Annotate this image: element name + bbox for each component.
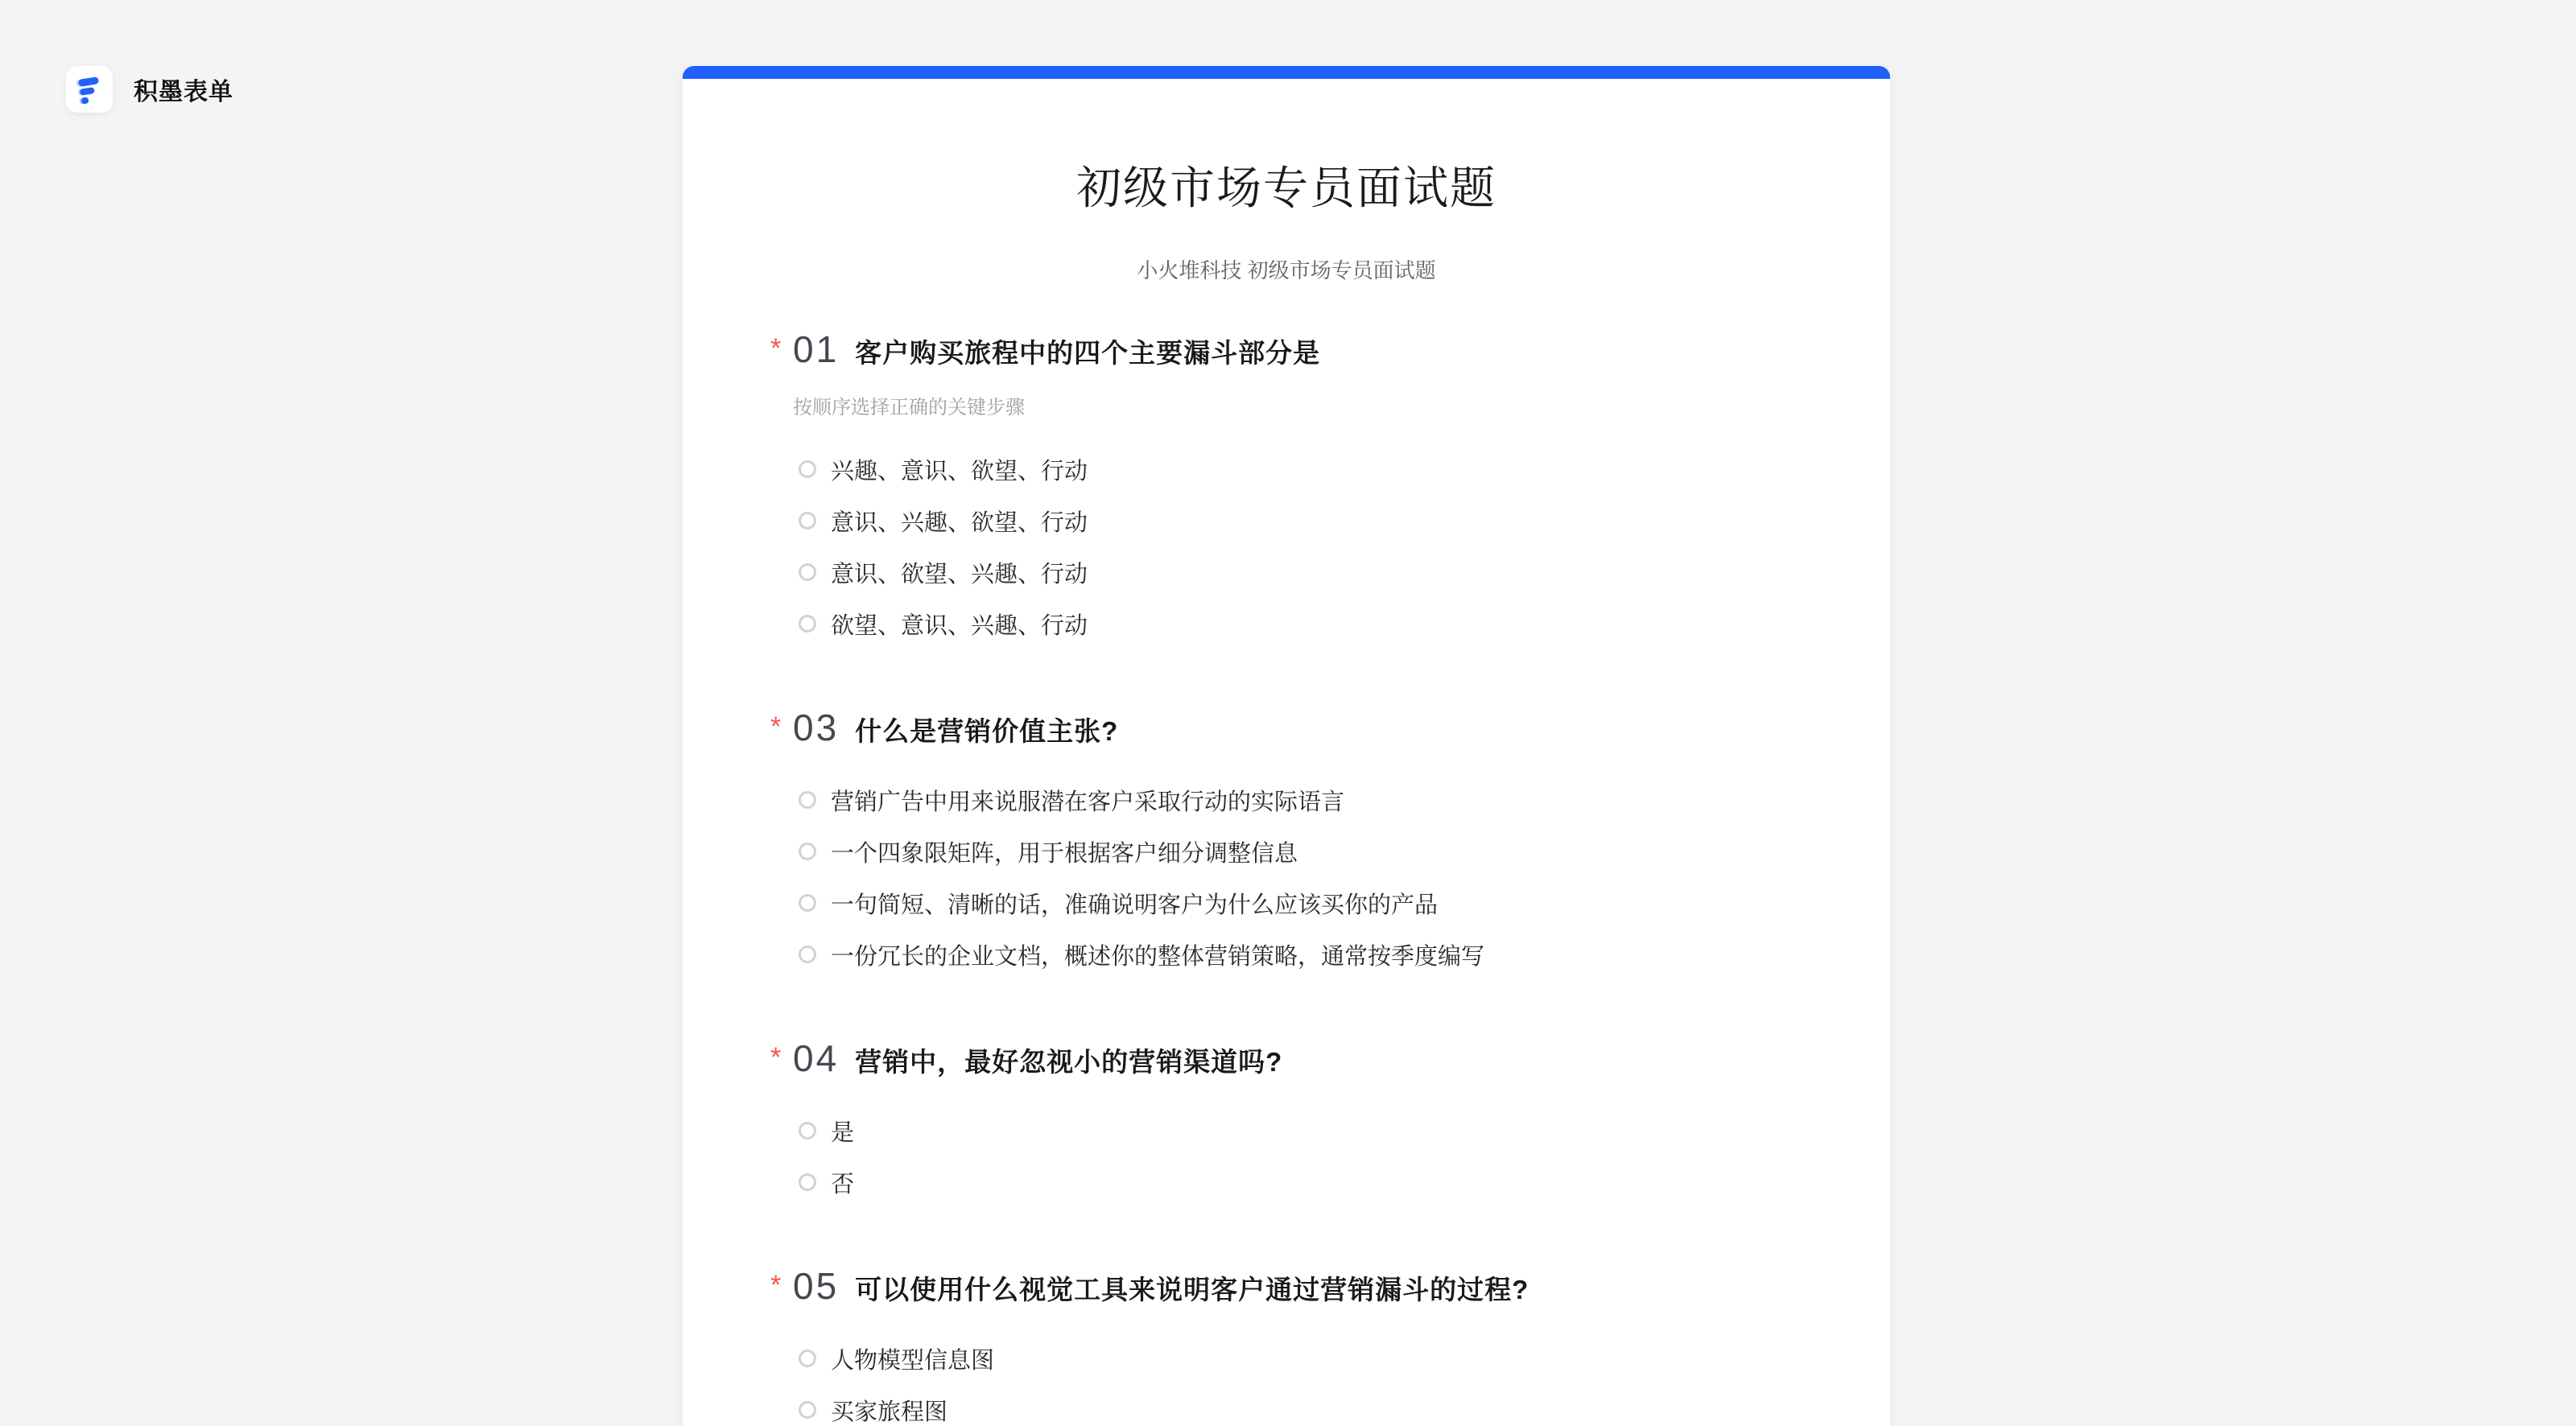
radio-option-label: 营销广告中用来说服潜在客户采取行动的实际语言 — [831, 784, 1344, 817]
brand-header: 积墨表单 — [66, 66, 233, 113]
radio-option-label: 是 — [831, 1115, 854, 1148]
radio-option[interactable]: 营销广告中用来说服潜在客户采取行动的实际语言 — [793, 784, 1802, 816]
question-number: 01 — [793, 331, 839, 368]
form-subtitle: 小火堆科技 初级市场专员面试题 — [683, 254, 1890, 284]
question-block: * 05 可以使用什么视觉工具来说明客户通过营销漏斗的过程? 人物模型信息图 买… — [793, 1267, 1802, 1421]
radio-option[interactable]: 意识、兴趣、欲望、行动 — [793, 505, 1802, 537]
radio-option-label: 兴趣、意识、欲望、行动 — [831, 453, 1088, 486]
question-block: * 01 客户购买旅程中的四个主要漏斗部分是 按顺序选择正确的关键步骤 兴趣、意… — [793, 331, 1802, 640]
question-text: 营销中，最好忽视小的营销渠道吗? — [855, 1044, 1282, 1081]
radio-option[interactable]: 否 — [793, 1166, 1802, 1198]
radio-icon[interactable] — [799, 1173, 816, 1191]
radio-option[interactable]: 一份冗长的企业文档，概述你的整体营销策略，通常按季度编写 — [793, 938, 1802, 971]
form-title: 初级市场专员面试题 — [683, 153, 1890, 217]
radio-option-label: 欲望、意识、兴趣、行动 — [831, 608, 1088, 641]
question-header: * 01 客户购买旅程中的四个主要漏斗部分是 — [793, 331, 1802, 372]
form-card: 初级市场专员面试题 小火堆科技 初级市场专员面试题 * 01 客户购买旅程中的四… — [683, 66, 1890, 1421]
question-text: 什么是营销价值主张? — [855, 713, 1118, 750]
form-accent-bar — [683, 66, 1890, 79]
question-number: 04 — [793, 1040, 839, 1077]
radio-icon[interactable] — [799, 1401, 816, 1419]
brand-name: 积墨表单 — [134, 72, 233, 107]
required-asterisk: * — [770, 1044, 781, 1071]
radio-option-label: 一个四象限矩阵，用于根据客户细分调整信息 — [831, 835, 1298, 868]
question-header: * 04 营销中，最好忽视小的营销渠道吗? — [793, 1040, 1802, 1081]
radio-option-label: 一句简短、清晰的话，准确说明客户为什么应该买你的产品 — [831, 887, 1438, 920]
radio-icon[interactable] — [799, 563, 816, 581]
radio-option-label: 人物模型信息图 — [831, 1342, 994, 1375]
radio-option-label: 否 — [831, 1166, 854, 1199]
radio-icon[interactable] — [799, 1122, 816, 1140]
radio-icon[interactable] — [799, 615, 816, 633]
radio-option[interactable]: 一个四象限矩阵，用于根据客户细分调整信息 — [793, 835, 1802, 868]
radio-icon[interactable] — [799, 894, 816, 912]
required-asterisk: * — [770, 1271, 781, 1299]
radio-option[interactable]: 是 — [793, 1115, 1802, 1147]
radio-option-label: 一份冗长的企业文档，概述你的整体营销策略，通常按季度编写 — [831, 938, 1484, 971]
radio-option[interactable]: 买家旅程图 — [793, 1394, 1802, 1421]
radio-option-label: 买家旅程图 — [831, 1394, 947, 1422]
question-block: * 03 什么是营销价值主张? 营销广告中用来说服潜在客户采取行动的实际语言 一… — [793, 709, 1802, 971]
radio-option[interactable]: 一句简短、清晰的话，准确说明客户为什么应该买你的产品 — [793, 887, 1802, 919]
radio-icon[interactable] — [799, 1350, 816, 1367]
radio-option[interactable]: 意识、欲望、兴趣、行动 — [793, 556, 1802, 588]
required-asterisk: * — [770, 713, 781, 740]
option-list: 兴趣、意识、欲望、行动 意识、兴趣、欲望、行动 意识、欲望、兴趣、行动 欲望、意… — [793, 453, 1802, 640]
radio-option[interactable]: 欲望、意识、兴趣、行动 — [793, 608, 1802, 640]
radio-option-label: 意识、兴趣、欲望、行动 — [831, 505, 1088, 538]
radio-option[interactable]: 兴趣、意识、欲望、行动 — [793, 453, 1802, 485]
brand-logo — [66, 66, 113, 113]
question-number: 05 — [793, 1267, 839, 1304]
radio-icon[interactable] — [799, 460, 816, 478]
question-header: * 03 什么是营销价值主张? — [793, 709, 1802, 750]
question-list: * 01 客户购买旅程中的四个主要漏斗部分是 按顺序选择正确的关键步骤 兴趣、意… — [683, 331, 1890, 1421]
radio-icon[interactable] — [799, 946, 816, 963]
option-list: 是 否 — [793, 1115, 1802, 1198]
option-list: 人物模型信息图 买家旅程图 — [793, 1342, 1802, 1421]
question-block: * 04 营销中，最好忽视小的营销渠道吗? 是 否 — [793, 1040, 1802, 1198]
question-header: * 05 可以使用什么视觉工具来说明客户通过营销漏斗的过程? — [793, 1267, 1802, 1309]
radio-icon[interactable] — [799, 512, 816, 530]
option-list: 营销广告中用来说服潜在客户采取行动的实际语言 一个四象限矩阵，用于根据客户细分调… — [793, 784, 1802, 971]
radio-option-label: 意识、欲望、兴趣、行动 — [831, 556, 1088, 589]
required-asterisk: * — [770, 335, 781, 362]
jimo-form-logo-icon — [73, 73, 105, 105]
radio-icon[interactable] — [799, 843, 816, 860]
radio-icon[interactable] — [799, 791, 816, 809]
question-text: 可以使用什么视觉工具来说明客户通过营销漏斗的过程? — [855, 1271, 1529, 1309]
question-text: 客户购买旅程中的四个主要漏斗部分是 — [855, 335, 1320, 372]
question-hint: 按顺序选择正确的关键步骤 — [793, 391, 1802, 419]
radio-option[interactable]: 人物模型信息图 — [793, 1342, 1802, 1374]
question-number: 03 — [793, 709, 839, 746]
